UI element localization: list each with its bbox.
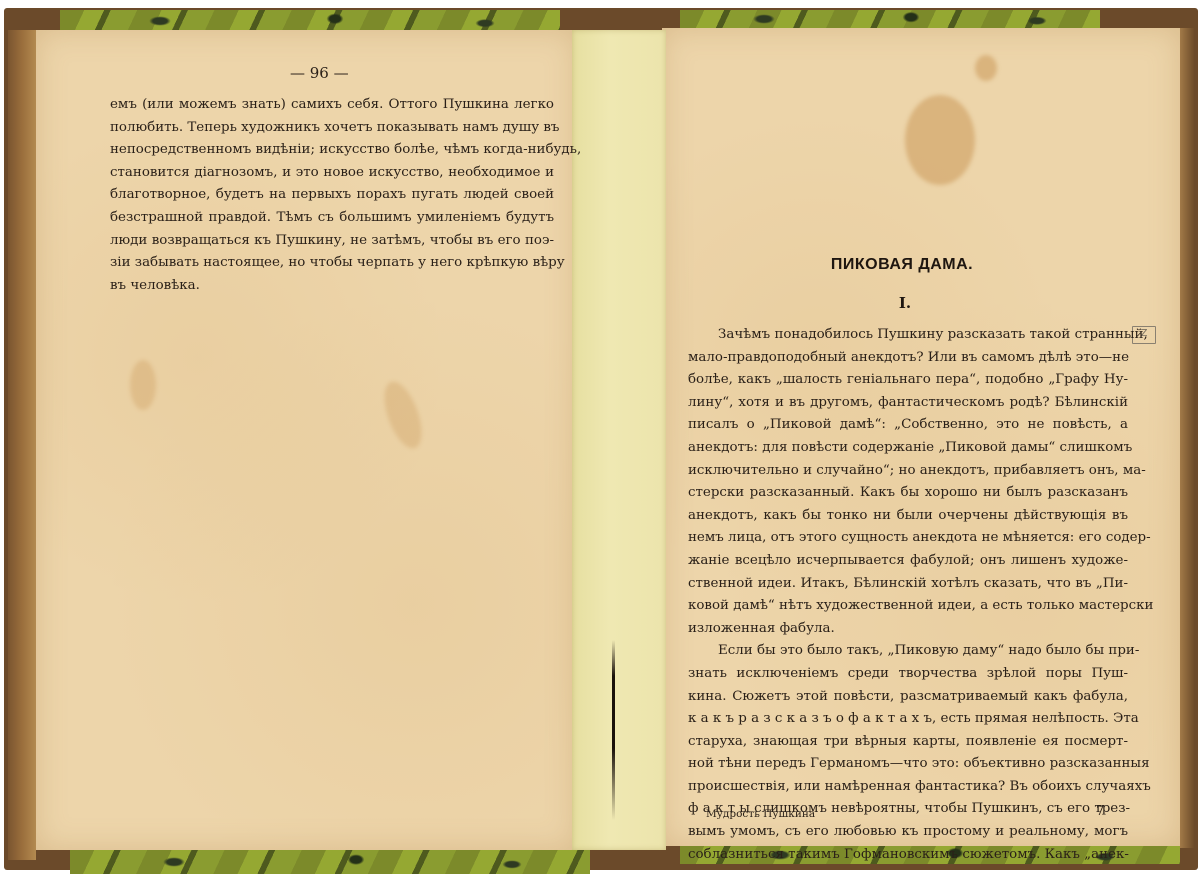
text-line: ковой дамѣ“ нѣтъ художественной идеи, а … bbox=[688, 595, 1128, 618]
left-page-text: емъ (или можемъ знать) самихъ себя. Отто… bbox=[110, 94, 554, 297]
text-line: старуха, знающая три вѣрныя карты, появл… bbox=[688, 731, 1128, 754]
text-line: безстрашной правдой. Тѣмъ съ большимъ ум… bbox=[110, 207, 554, 230]
text-line: жанiе всецѣло исчерпывается фабулой; онъ… bbox=[688, 550, 1128, 573]
text-line: исключительно и случайно“; но анекдотъ, … bbox=[688, 460, 1128, 483]
text-line: болѣе, какъ „шалость генiальнаго пера“, … bbox=[688, 369, 1128, 392]
text-line: вымъ умомъ, съ его любовью къ простому и… bbox=[688, 821, 1128, 844]
spine-repair-tape bbox=[572, 30, 666, 850]
text-line: емъ (или можемъ знать) самихъ себя. Отто… bbox=[110, 94, 554, 117]
text-line: ной тѣни передъ Германомъ—что это: объек… bbox=[688, 753, 1128, 776]
text-line: въ человѣка. bbox=[110, 275, 554, 298]
cover-edge-right bbox=[1180, 28, 1194, 848]
text-line: ственной идеи. Итакъ, Бѣлинскiй хотѣлъ с… bbox=[688, 573, 1128, 596]
cover-edge-left bbox=[8, 30, 36, 860]
running-footer-title: Мудрость Пушкина bbox=[706, 808, 815, 820]
text-line: становится дiагнозомъ, и это новое искус… bbox=[110, 162, 554, 185]
paper-stain bbox=[975, 55, 997, 81]
text-line: благотворное, будетъ на первыхъ порахъ п… bbox=[110, 184, 554, 207]
text-line: знать исключенiемъ среди творчества зрѣл… bbox=[688, 663, 1128, 686]
text-line: Зачѣмъ понадобилось Пушкину разсказать т… bbox=[688, 324, 1128, 347]
marbled-cover-edge bbox=[70, 850, 590, 874]
text-line: стерски разсказанный. Какъ бы хорошо ни … bbox=[688, 482, 1128, 505]
chapter-number: I. bbox=[890, 294, 920, 312]
tape-tear bbox=[612, 640, 615, 820]
paper-stain bbox=[130, 360, 156, 410]
text-line: писалъ о „Пиковой дамѣ“: „Собственно, эт… bbox=[688, 414, 1128, 437]
text-line: полюбить. Теперь художникъ хочетъ показы… bbox=[110, 117, 554, 140]
text-line: соблазниться такимъ Гофмановскимъ сюжето… bbox=[688, 844, 1128, 867]
text-line: лину“, хотя и въ другомъ, фантастическом… bbox=[688, 392, 1128, 415]
text-line: немъ лица, отъ этого сущность анекдота н… bbox=[688, 527, 1128, 550]
text-line: Если бы это было такъ, „Пиковую даму“ на… bbox=[688, 640, 1128, 663]
text-line: кина. Сюжетъ этой повѣсти, разсматриваем… bbox=[688, 686, 1128, 709]
page-number-left: — 96 — bbox=[290, 64, 349, 82]
text-line: изложенная фабула. bbox=[688, 618, 1128, 641]
text-line: зiи забывать настоящее, но чтобы черпать… bbox=[110, 252, 554, 275]
text-line: к а к ъ р а з с к а з ъ о ф а к т а х ъ,… bbox=[688, 708, 1128, 731]
paper-stain bbox=[905, 95, 975, 185]
chapter-title: ПИКОВАЯ ДАМА. bbox=[820, 256, 984, 274]
text-line: люди возвращаться къ Пушкину, не затѣмъ,… bbox=[110, 230, 554, 253]
text-line: анекдотъ, какъ бы тонко ни были очерчены… bbox=[688, 505, 1128, 528]
text-line: анекдотъ: для повѣсти содержанiе „Пиково… bbox=[688, 437, 1128, 460]
text-line: мало-правдоподобный анекдотъ? Или въ сам… bbox=[688, 347, 1128, 370]
signature-number: 7 bbox=[1096, 804, 1104, 819]
marbled-cover-edge bbox=[60, 10, 560, 32]
marbled-cover-edge bbox=[680, 10, 1100, 28]
right-page-text: Зачѣмъ понадобилось Пушкину разсказать т… bbox=[688, 324, 1128, 866]
text-line: происшествiя, или намѣренная фантастика?… bbox=[688, 776, 1128, 799]
text-line: непосредственномъ видѣнiи; искусство бол… bbox=[110, 139, 554, 162]
